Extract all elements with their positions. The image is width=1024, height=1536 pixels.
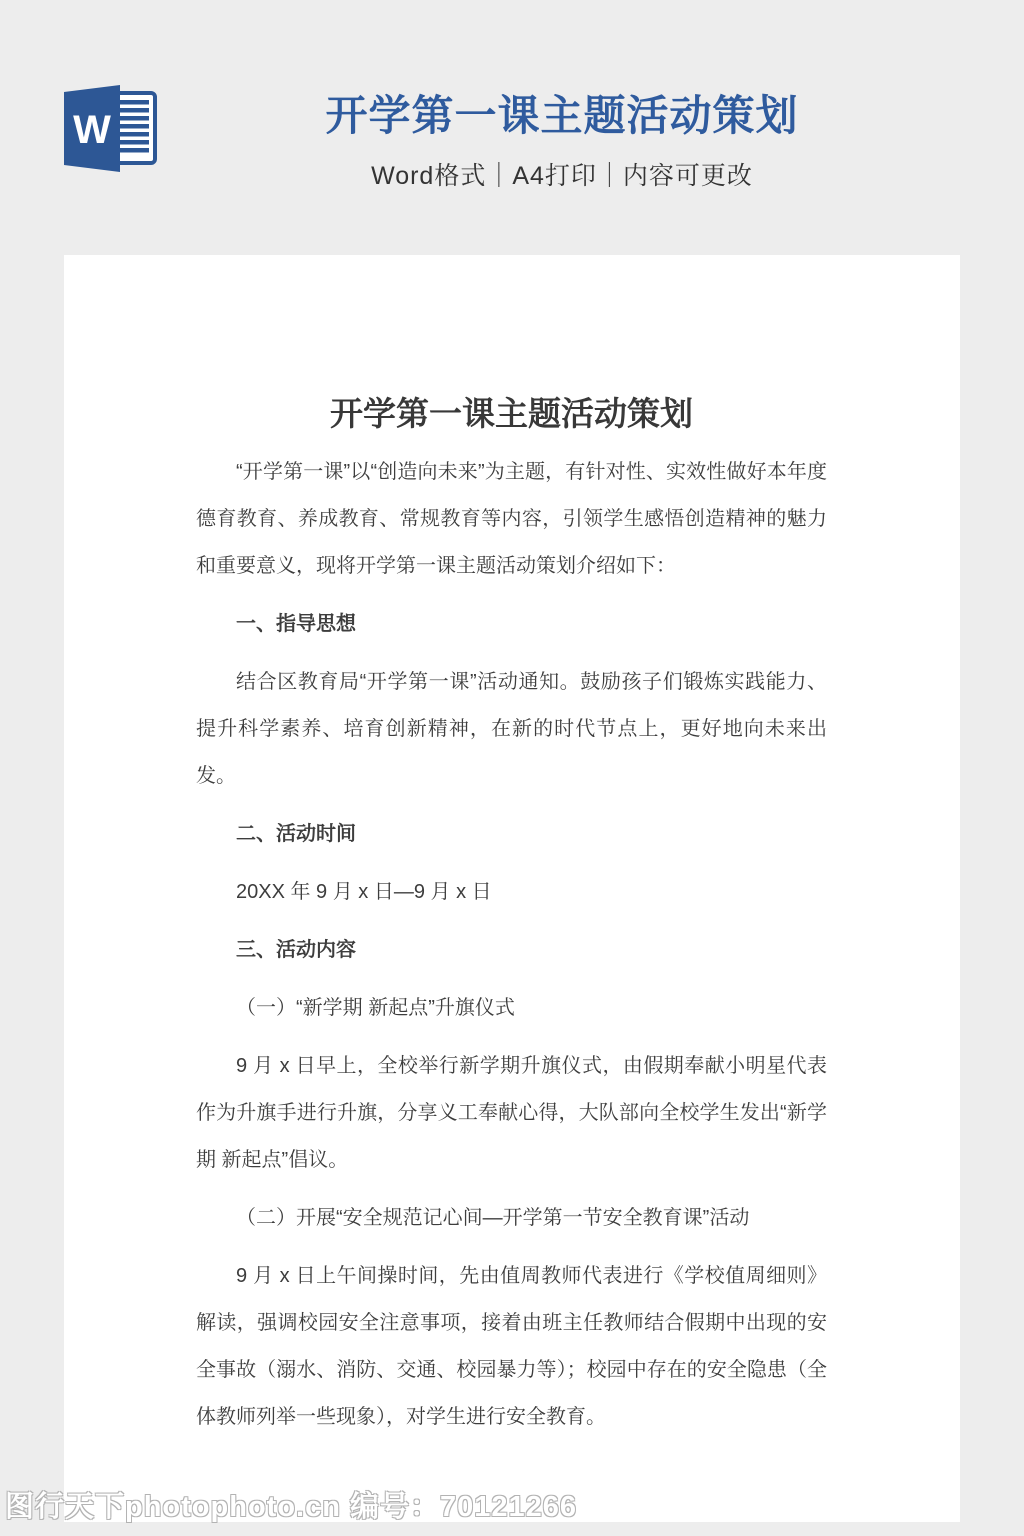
doc-paragraph: “开学第一课”以“创造向未来”为主题，有针对性、实效性做好本年度德育教育、养成教… <box>196 449 827 590</box>
header-text-block: 开学第一课主题活动策划 Word格式｜A4打印｜内容可更改 <box>100 92 1024 192</box>
doc-paragraph: （一）“新学期 新起点”升旗仪式 <box>196 985 827 1032</box>
doc-paragraph: 20XX 年 9 月 x 日—9 月 x 日 <box>196 869 827 916</box>
doc-paragraph: 9 月 x 日早上，全校举行新学期升旗仪式，由假期奉献小明星代表作为升旗手进行升… <box>196 1043 827 1184</box>
doc-section-heading: 三、活动内容 <box>196 927 827 974</box>
doc-paragraph: （二）开展“安全规范记心间—开学第一节安全教育课”活动 <box>196 1195 827 1242</box>
doc-paragraph: 9 月 x 日上午间操时间，先由值周教师代表进行《学校值周细则》解读，强调校园安… <box>196 1253 827 1441</box>
document-body: “开学第一课”以“创造向未来”为主题，有针对性、实效性做好本年度德育教育、养成教… <box>196 449 827 1441</box>
header-subtitle: Word格式｜A4打印｜内容可更改 <box>100 156 1024 192</box>
header: W 开学第一课主题活动策划 Word格式｜A4打印｜内容可更改 <box>0 0 1024 255</box>
watermark-text: 图行天下photophoto.cn 编号：70121266 <box>5 1484 577 1525</box>
doc-paragraph: 结合区教育局“开学第一课”活动通知。鼓励孩子们锻炼实践能力、提升科学素养、培育创… <box>196 659 827 800</box>
doc-section-heading: 二、活动时间 <box>196 811 827 858</box>
header-title: 开学第一课主题活动策划 <box>100 92 1024 140</box>
document-page: 开学第一课主题活动策划 “开学第一课”以“创造向未来”为主题，有针对性、实效性做… <box>64 255 960 1522</box>
doc-section-heading: 一、指导思想 <box>196 601 827 648</box>
document-title: 开学第一课主题活动策划 <box>196 391 827 437</box>
